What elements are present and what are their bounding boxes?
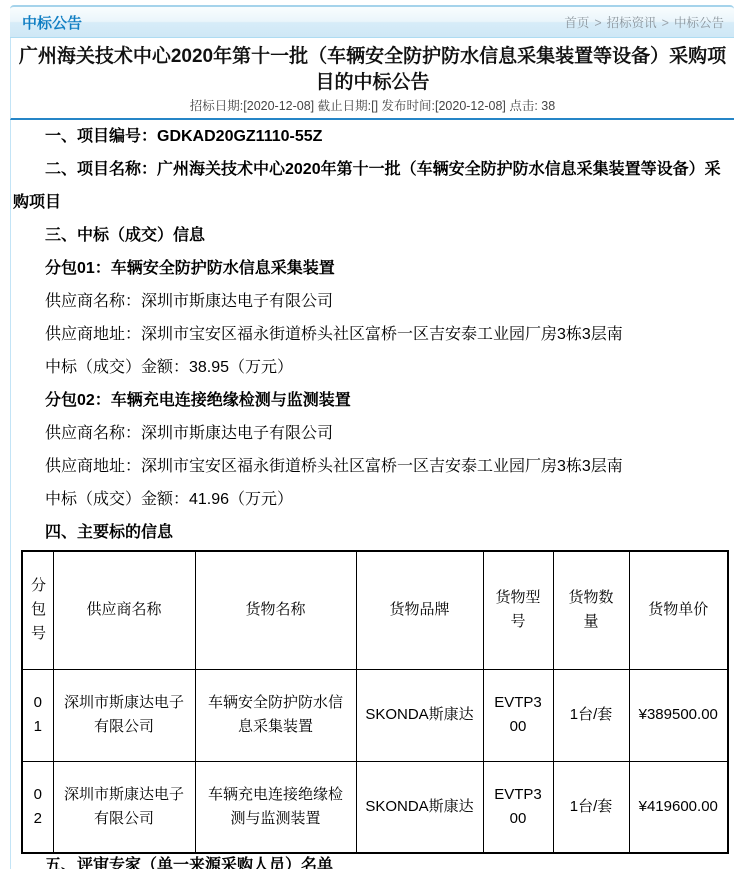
column-header: 货物单价 (629, 551, 728, 669)
cell-supplier: 深圳市斯康达电子有限公司 (53, 761, 195, 853)
paragraph: 分包01：车辆安全防护防水信息采集装置 (13, 252, 732, 285)
breadcrumb-separator: > (594, 16, 601, 30)
breadcrumb: 首页>招标资讯>中标公告 (564, 13, 724, 31)
table-header-row: 分包号供应商名称货物名称货物品牌货物型号货物数量货物单价 (22, 551, 728, 669)
goods-table: 分包号供应商名称货物名称货物品牌货物型号货物数量货物单价 01深圳市斯康达电子有… (21, 550, 729, 854)
section-header-bar: 中标公告 首页>招标资讯>中标公告 (10, 5, 734, 38)
paragraph: 中标（成交）金额：41.96（万元） (13, 483, 732, 516)
paragraph: 中标（成交）金额：38.95（万元） (13, 351, 732, 384)
paragraph: 供应商名称：深圳市斯康达电子有限公司 (13, 285, 732, 318)
section-title: 中标公告 (22, 12, 82, 33)
column-header: 货物数量 (553, 551, 629, 669)
cell-unit-price: ¥419600.00 (629, 761, 728, 853)
column-header: 货物品牌 (356, 551, 483, 669)
cell-supplier: 深圳市斯康达电子有限公司 (53, 669, 195, 761)
article-header: 广州海关技术中心2020年第十一批（车辆安全防护防水信息采集装置等设备）采购项目… (10, 38, 734, 120)
announcement-panel: 中标公告 首页>招标资讯>中标公告 广州海关技术中心2020年第十一批（车辆安全… (10, 5, 734, 869)
breadcrumb-current-page[interactable]: 中标公告 (674, 16, 724, 30)
cell-brand: SKONDA斯康达 (356, 761, 483, 853)
breadcrumb-home[interactable]: 首页 (564, 16, 589, 30)
paragraph: 供应商地址：深圳市宝安区福永街道桥头社区富桥一区吉安泰工业园厂房3栋3层南 (13, 318, 732, 351)
paragraph: 四、主要标的信息 (13, 516, 732, 549)
paragraph-list: 一、项目编号：GDKAD20GZ1110-55Z二、项目名称：广州海关技术中心2… (13, 120, 732, 549)
column-header: 货物型号 (483, 551, 553, 669)
article-body: 一、项目编号：GDKAD20GZ1110-55Z二、项目名称：广州海关技术中心2… (10, 120, 734, 869)
paragraph: 供应商地址：深圳市宝安区福永街道桥头社区富桥一区吉安泰工业园厂房3栋3层南 (13, 450, 732, 483)
cell-quantity: 1台/套 (553, 669, 629, 761)
table-row: 01深圳市斯康达电子有限公司车辆安全防护防水信息采集装置SKONDA斯康达EVT… (22, 669, 728, 761)
column-header: 供应商名称 (53, 551, 195, 669)
breadcrumb-bidding-info[interactable]: 招标资讯 (607, 16, 657, 30)
cell-model: EVTP300 (483, 761, 553, 853)
paragraph: 二、项目名称：广州海关技术中心2020年第十一批（车辆安全防护防水信息采集装置等… (13, 153, 732, 219)
cell-brand: SKONDA斯康达 (356, 669, 483, 761)
cell-package-no: 01 (22, 669, 53, 761)
cell-package-no: 02 (22, 761, 53, 853)
cell-quantity: 1台/套 (553, 761, 629, 853)
column-header: 分包号 (22, 551, 53, 669)
cell-goods: 车辆充电连接绝缘检测与监测装置 (195, 761, 356, 853)
paragraph: 分包02：车辆充电连接绝缘检测与监测装置 (13, 384, 732, 417)
paragraph: 供应商名称：深圳市斯康达电子有限公司 (13, 417, 732, 450)
paragraph: 一、项目编号：GDKAD20GZ1110-55Z (13, 120, 732, 153)
article-title: 广州海关技术中心2020年第十一批（车辆安全防护防水信息采集装置等设备）采购项目… (11, 44, 734, 96)
cell-model: EVTP300 (483, 669, 553, 761)
cell-goods: 车辆安全防护防水信息采集装置 (195, 669, 356, 761)
breadcrumb-separator: > (662, 16, 669, 30)
article-meta: 招标日期:[2020-12-08] 截止日期:[] 发布时间:[2020-12-… (11, 98, 734, 115)
paragraph: 三、中标（成交）信息 (13, 219, 732, 252)
section-heading-5-clipped: 五、评审专家（单一来源采购人员）名单 (13, 856, 732, 869)
table-row: 02深圳市斯康达电子有限公司车辆充电连接绝缘检测与监测装置SKONDA斯康达EV… (22, 761, 728, 853)
cell-unit-price: ¥389500.00 (629, 669, 728, 761)
column-header: 货物名称 (195, 551, 356, 669)
